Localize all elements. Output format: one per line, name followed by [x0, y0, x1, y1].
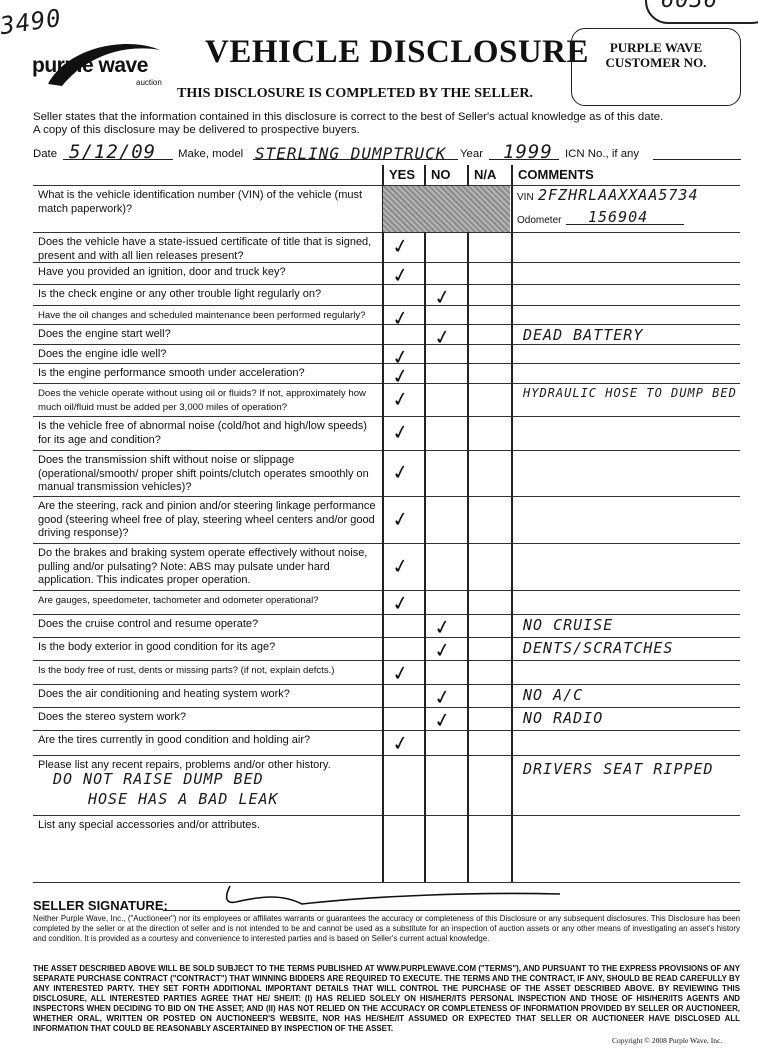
question-text: Are the tires currently in good conditio… — [38, 734, 378, 748]
table-row: Does the vehicle operate without using o… — [33, 383, 740, 416]
handwritten-lot-number: 3490 — [0, 4, 63, 40]
answer-cell-yes[interactable] — [382, 325, 424, 345]
answer-cell-na[interactable] — [467, 233, 511, 263]
question-text: Is the vehicle free of abnormal noise (c… — [38, 420, 378, 447]
intro-line-1: Seller states that the information conta… — [33, 111, 753, 124]
icn-label: ICN No., if any — [565, 148, 639, 160]
answer-cell-na[interactable] — [467, 417, 511, 451]
answer-cell-no[interactable] — [424, 731, 467, 756]
answer-cell-na[interactable] — [467, 364, 511, 384]
answer-cell-na[interactable] — [467, 306, 511, 325]
table-row: Are gauges, speedometer, tachometer and … — [33, 590, 740, 614]
answer-cell-na[interactable] — [467, 638, 511, 661]
answer-cell-yes[interactable] — [382, 615, 424, 638]
column-divider — [511, 185, 513, 883]
answer-cell-no[interactable] — [424, 756, 467, 816]
question-text: Are the steering, rack and pinion and/or… — [38, 500, 378, 541]
question-text: Do the brakes and braking system operate… — [38, 547, 378, 588]
answer-cell-no[interactable] — [424, 417, 467, 451]
table-row: Have you provided an ignition, door and … — [33, 262, 740, 284]
question-text: Is the body exterior in good condition f… — [38, 641, 378, 655]
table-row: Is the check engine or any other trouble… — [33, 284, 740, 305]
vin-shaded-cells — [383, 186, 510, 232]
date-value: 5/12/09 — [69, 141, 156, 163]
answer-cell-na[interactable] — [467, 263, 511, 285]
comment-text[interactable]: NO A/C — [523, 686, 738, 704]
question-text: Does the vehicle have a state-issued cer… — [38, 236, 378, 263]
column-divider — [382, 185, 384, 883]
column-divider — [424, 185, 426, 883]
table-row: Does the air conditioning and heating sy… — [33, 684, 740, 707]
answer-cell-na[interactable] — [467, 685, 511, 708]
table-row: Is the engine performance smooth under a… — [33, 363, 740, 383]
answer-cell-yes[interactable] — [382, 638, 424, 661]
year-value: 1999 — [503, 141, 553, 163]
answer-cell-no[interactable] — [424, 345, 467, 364]
answer-cell-no[interactable] — [424, 384, 467, 417]
table-row: Have the oil changes and scheduled maint… — [33, 305, 740, 324]
column-header-yes: YES — [382, 165, 424, 185]
vin-label: VIN — [517, 192, 534, 203]
answer-cell-no[interactable] — [424, 364, 467, 384]
question-text: Does the vehicle operate without using o… — [38, 387, 378, 414]
table-bottom-border — [33, 882, 740, 883]
answer-cell-yes[interactable] — [382, 708, 424, 731]
table-row: Does the transmission shift without nois… — [33, 450, 740, 496]
answer-cell-yes[interactable] — [382, 816, 424, 883]
make-model-value: STERLING DUMPTRUCK — [255, 144, 446, 163]
question-text: Does the cruise control and resume opera… — [38, 618, 378, 632]
answer-cell-na[interactable] — [467, 451, 511, 497]
table-row: Is the body exterior in good condition f… — [33, 637, 740, 660]
terms-text: THE ASSET DESCRIBED ABOVE WILL BE SOLD S… — [33, 964, 740, 1034]
handwritten-history-line-1[interactable]: DO NOT RAISE DUMP BED — [53, 770, 264, 788]
answer-cell-no[interactable] — [424, 661, 467, 685]
table-row: Does the engine start well?✓DEAD BATTERY — [33, 324, 740, 344]
question-text: Does the stereo system work? — [38, 711, 378, 725]
odometer-label: Odometer — [517, 215, 561, 226]
copyright-text: Copyright © 2008 Purple Wave, Inc. — [612, 1036, 722, 1045]
question-text: Does the air conditioning and heating sy… — [38, 688, 378, 702]
answer-cell-no[interactable] — [424, 233, 467, 263]
table-row: Are the tires currently in good conditio… — [33, 730, 740, 755]
vin-value[interactable]: 2FZHRLAAXXAA5734 — [538, 186, 699, 204]
table-row: Are the steering, rack and pinion and/or… — [33, 496, 740, 543]
table-row: Is the body free of rust, dents or missi… — [33, 660, 740, 684]
answer-cell-na[interactable] — [467, 285, 511, 306]
comment-text[interactable]: NO CRUISE — [523, 616, 738, 634]
table-row: Does the stereo system work?✓NO RADIO — [33, 707, 740, 730]
handwritten-circled-number: 6036 — [645, 0, 758, 24]
customer-box-label-1: PURPLE WAVE — [572, 40, 740, 55]
answer-cell-na[interactable] — [467, 544, 511, 591]
answer-cell-na[interactable] — [467, 591, 511, 615]
answer-cell-yes[interactable] — [382, 756, 424, 816]
table-row: List any special accessories and/or attr… — [33, 815, 740, 882]
answer-cell-na[interactable] — [467, 325, 511, 345]
purple-wave-logo: purple wave auction — [28, 36, 168, 90]
answer-cell-yes[interactable] — [382, 685, 424, 708]
answer-cell-na[interactable] — [467, 615, 511, 638]
question-text: Are gauges, speedometer, tachometer and … — [38, 594, 378, 608]
signature-stroke-icon — [222, 884, 562, 910]
page-subtitle: THIS DISCLOSURE IS COMPLETED BY THE SELL… — [177, 86, 533, 102]
answer-cell-no[interactable] — [424, 263, 467, 285]
question-text: Have the oil changes and scheduled maint… — [38, 309, 378, 323]
comment-text[interactable]: DRIVERS SEAT RIPPED — [523, 760, 738, 778]
table-row: Do the brakes and braking system operate… — [33, 543, 740, 590]
question-text: List any special accessories and/or attr… — [38, 819, 378, 833]
question-text: Does the transmission shift without nois… — [38, 454, 378, 495]
comment-text[interactable]: NO RADIO — [523, 709, 738, 727]
intro-line-2: A copy of this disclosure may be deliver… — [33, 124, 753, 137]
question-text: What is the vehicle identification numbe… — [38, 189, 378, 216]
question-text: Have you provided an ignition, door and … — [38, 266, 378, 280]
date-label: Date — [33, 148, 57, 160]
answer-cell-na[interactable] — [467, 497, 511, 544]
question-text: Does the engine start well? — [38, 328, 378, 342]
answer-cell-na[interactable] — [467, 756, 511, 816]
table-row: Is the vehicle free of abnormal noise (c… — [33, 416, 740, 450]
column-header-no: NO — [424, 165, 467, 185]
answer-cell-na[interactable] — [467, 816, 511, 883]
table-row: Does the vehicle have a state-issued cer… — [33, 232, 740, 262]
answer-cell-na[interactable] — [467, 345, 511, 364]
icn-field[interactable] — [653, 139, 741, 160]
table-row: Does the cruise control and resume opera… — [33, 614, 740, 637]
question-text: Is the engine performance smooth under a… — [38, 367, 378, 381]
answer-cell-no[interactable] — [424, 816, 467, 883]
column-header-na: N/A — [467, 165, 511, 185]
logo-subtext: auction — [136, 78, 162, 87]
answer-cell-na[interactable] — [467, 731, 511, 756]
customer-box-label-2: CUSTOMER NO. — [572, 55, 740, 70]
logo-text: purple wave — [32, 54, 148, 78]
page-title: VEHICLE DISCLOSURE — [205, 34, 589, 71]
question-text: Is the body free of rust, dents or missi… — [38, 664, 378, 678]
answer-cell-no[interactable] — [424, 591, 467, 615]
answer-cell-no[interactable] — [424, 544, 467, 591]
vehicle-info-line: Date 5/12/09 Make, model STERLING DUMPTR… — [33, 138, 743, 164]
answer-cell-yes[interactable] — [382, 285, 424, 306]
disclaimer-text: Neither Purple Wave, Inc., ("Auctioneer"… — [33, 914, 740, 944]
answer-cell-no[interactable] — [424, 451, 467, 497]
question-text: Is the check engine or any other trouble… — [38, 288, 378, 302]
table-row: Please list any recent repairs, problems… — [33, 755, 740, 815]
column-divider — [467, 185, 469, 883]
year-label: Year — [460, 148, 483, 160]
answer-cell-na[interactable] — [467, 708, 511, 731]
handwritten-history-line-2[interactable]: HOSE HAS A BAD LEAK — [88, 790, 279, 808]
customer-number-box[interactable]: PURPLE WAVE CUSTOMER NO. — [571, 28, 741, 106]
comment-text[interactable]: DEAD BATTERY — [523, 326, 738, 344]
column-header-comments: COMMENTS — [511, 165, 740, 185]
intro-statement: Seller states that the information conta… — [33, 111, 753, 137]
make-model-label: Make, model — [178, 148, 243, 160]
answer-cell-na[interactable] — [467, 661, 511, 685]
odometer-value: 156904 — [588, 208, 648, 226]
answer-cell-no[interactable] — [424, 497, 467, 544]
comment-text[interactable]: HYDRAULIC HOSE TO DUMP BED — [523, 386, 738, 400]
question-text: Does the engine idle well? — [38, 348, 378, 362]
answer-cell-na[interactable] — [467, 384, 511, 417]
comment-text[interactable]: DENTS/SCRATCHES — [523, 639, 738, 657]
table-row: Does the engine idle well?✓ — [33, 344, 740, 363]
seller-signature-field[interactable] — [163, 910, 740, 911]
seller-signature-label: SELLER SIGNATURE: — [33, 898, 168, 913]
answer-cell-no[interactable] — [424, 306, 467, 325]
